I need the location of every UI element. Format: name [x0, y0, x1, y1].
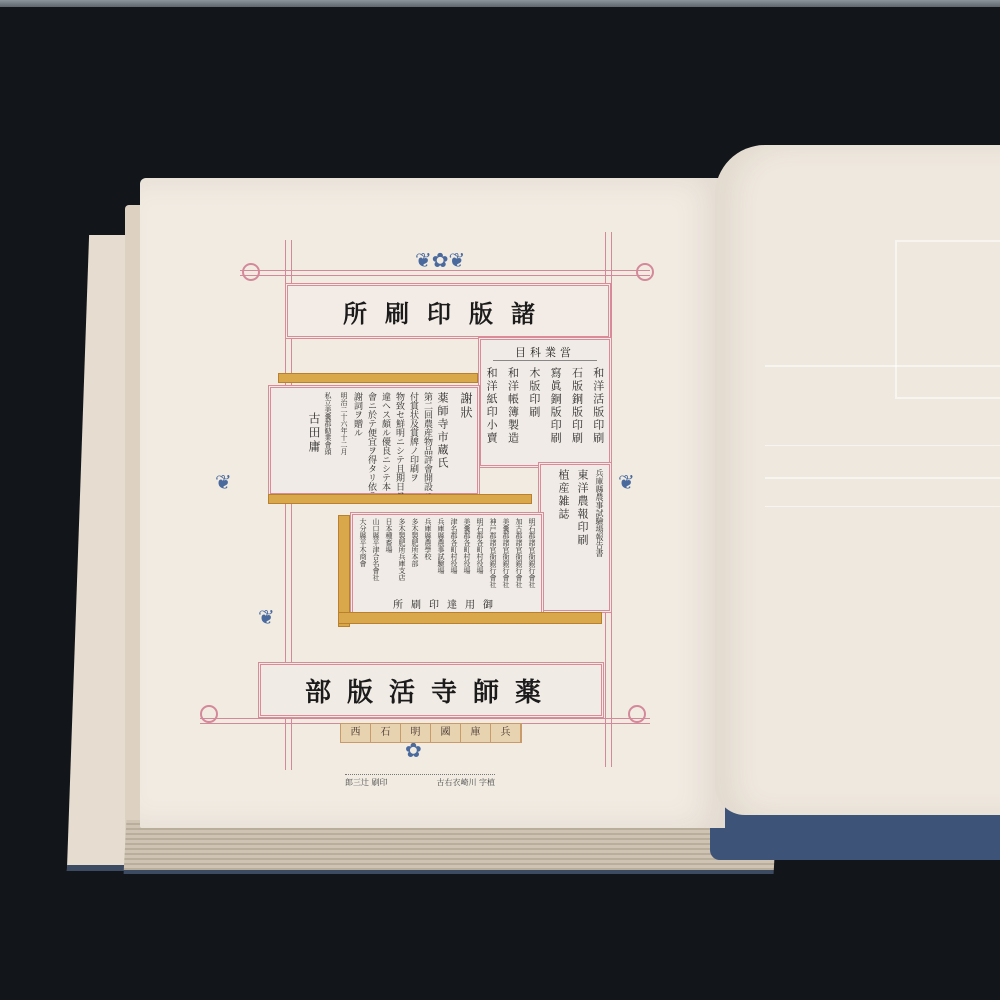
imprint-left: 郎三辻 刷印: [345, 777, 388, 788]
seal-char: 兵: [491, 724, 521, 742]
letter-recipient: 薬師寺市蔵氏: [435, 392, 450, 500]
blue-flourish-ornament: ❦: [215, 470, 232, 494]
client-item: 加古郡諸官衙銀行會社: [512, 518, 525, 588]
right-page: [715, 145, 1000, 815]
clients-footer: 所刷印達用御: [353, 596, 541, 611]
letter-date: 明治二十六年十二月: [339, 392, 349, 500]
gold-border: [278, 373, 478, 383]
letter-line: 會ニ於テ便宜ヲ得タリ依テ: [365, 392, 377, 500]
spiral-ornament: [636, 263, 654, 281]
top-title-banner: 所刷印版諸: [285, 283, 611, 339]
blue-flourish-ornament: ❦: [618, 470, 635, 494]
seal-char: 明: [401, 724, 431, 742]
top-title: 所刷印版諸: [343, 294, 553, 329]
client-publication: 兵庫縣農事試驗場報告書: [594, 469, 605, 557]
printer-imprint: 郎三辻 刷印 古右衣崎川 字植: [345, 774, 495, 788]
client-item: 美嚢郡各町村役場: [460, 518, 473, 588]
spiral-ornament: [628, 705, 646, 723]
business-box: 目科業営 和洋活版印刷 石版銅版印刷 寫眞銅版印刷 木版印刷 和洋帳簿製造 和洋…: [478, 337, 612, 468]
letter-line: 謝詞ヲ贈ル: [351, 392, 363, 500]
spiral-ornament: [242, 263, 260, 281]
business-heading: 目科業営: [493, 344, 597, 361]
client-publication: 東洋農報印刷: [575, 469, 590, 557]
letter-sender-name: 古田庸: [306, 412, 321, 500]
letter-line: 第二回農産物品評會開設ニ: [421, 392, 433, 500]
bottom-title: 部版活寺師薬: [305, 672, 557, 709]
seal-row: 西 石 明 國 庫 兵: [340, 723, 522, 743]
client-item: 明石郡諸官衙銀行會社: [525, 518, 538, 588]
letter-line: 付賞状及賞牌ノ印刷ヲ: [407, 392, 419, 500]
letter-line: 物致セ鮮明ニシテ且期日ヲ: [393, 392, 405, 500]
client-item: 津名郡各町村役場: [447, 518, 460, 588]
client-item: 美嚢郡諸官衙銀行會社: [499, 518, 512, 588]
blue-flourish-ornament: ❦: [258, 605, 275, 629]
letter-box: 謝狀 薬師寺市蔵氏 第二回農産物品評會開設ニ 付賞状及賞牌ノ印刷ヲ 物致セ鮮明ニ…: [268, 385, 480, 496]
client-item: 多木製肥所兵庫支店: [395, 518, 408, 588]
business-item: 和洋帳簿製造: [505, 367, 520, 445]
client-item: 兵庫縣農事試驗場: [434, 518, 447, 588]
bottom-title-banner: 部版活寺師薬: [258, 662, 604, 718]
client-item: 兵庫縣農學校: [421, 518, 434, 588]
gold-border: [338, 612, 602, 624]
client-item: 大分縣平木商會: [356, 518, 369, 588]
seal-char: 石: [371, 724, 401, 742]
seal-char: 庫: [461, 724, 491, 742]
spiral-ornament: [200, 705, 218, 723]
business-item: 和洋紙印小賣: [484, 367, 499, 445]
business-item: 和洋活版印刷: [591, 367, 606, 445]
client-item: 日本種畜場: [382, 518, 395, 588]
background-strip: [0, 0, 1000, 7]
gold-border: [268, 494, 532, 504]
business-item: 寫眞銅版印刷: [548, 367, 563, 445]
business-item: 石版銅版印刷: [569, 367, 584, 445]
client-item: 明石郡各町村役場: [473, 518, 486, 588]
seal-char: 西: [341, 724, 371, 742]
client-item: 山口縣平津合名會社: [369, 518, 382, 588]
letter-line: 違ヘス頗ル優良ニシテ本: [379, 392, 391, 500]
blue-flourish-ornament: ❦✿❦: [415, 248, 465, 272]
gold-border: [338, 515, 350, 627]
clients-box: 明石郡諸官衙銀行會社 加古郡諸官衙銀行會社 美嚢郡諸官衙銀行會社 神戸郡諸官衙銀…: [350, 512, 544, 618]
letter-heading: 謝狀: [458, 392, 473, 500]
client-publication: 植産雑誌: [556, 469, 571, 557]
imprint-right: 古右衣崎川 字植: [436, 777, 495, 788]
embossed-show-through: [765, 445, 1000, 507]
clients-top-box: 兵庫縣農事試驗場報告書 東洋農報印刷 植産雑誌: [538, 462, 612, 613]
client-item: 多木製肥所本部: [408, 518, 421, 588]
client-item: 神戸郡諸官衙銀行會社: [486, 518, 499, 588]
business-item: 木版印刷: [527, 367, 542, 445]
page-edges: [124, 820, 777, 874]
letter-sender-org: 私立美嚢郡勧業會頭: [323, 392, 333, 500]
seal-char: 國: [431, 724, 461, 742]
